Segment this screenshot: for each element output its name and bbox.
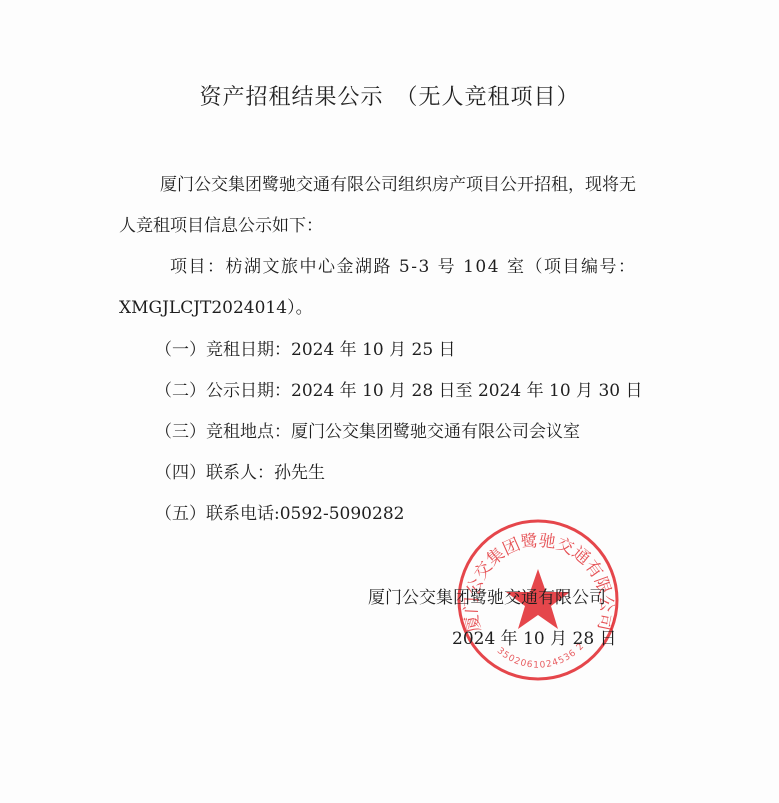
document-title: 资产招租结果公示 （无人竞租项目）: [0, 80, 779, 111]
signature-date: 2024 年 10 月 28 日: [452, 624, 617, 649]
project-line-1: 项目：枋湖文旅中心金湖路 5-3 号 104 室（项目编号：: [170, 252, 636, 277]
item-contact-phone: （五）联系电话:0592-5090282: [155, 499, 404, 524]
item-bid-date: （一）竞租日期：2024 年 10 月 25 日: [155, 335, 456, 360]
project-line-2: XMGJLCJT2024014）。: [119, 293, 313, 318]
signature-company: 厦门公交集团鹭驰交通有限公司: [368, 583, 606, 608]
intro-line-2: 人竞租项目信息公示如下：: [119, 211, 323, 236]
item-contact-person: （四）联系人：孙先生: [155, 458, 325, 483]
intro-line-1: 厦门公交集团鹭驰交通有限公司组织房产项目公开招租，现将无: [160, 170, 636, 195]
item-bid-location: （三）竞租地点：厦门公交集团鹭驰交通有限公司会议室: [155, 417, 580, 442]
item-publicity-date: （二）公示日期：2024 年 10 月 28 日至 2024 年 10 月 30…: [155, 376, 643, 401]
